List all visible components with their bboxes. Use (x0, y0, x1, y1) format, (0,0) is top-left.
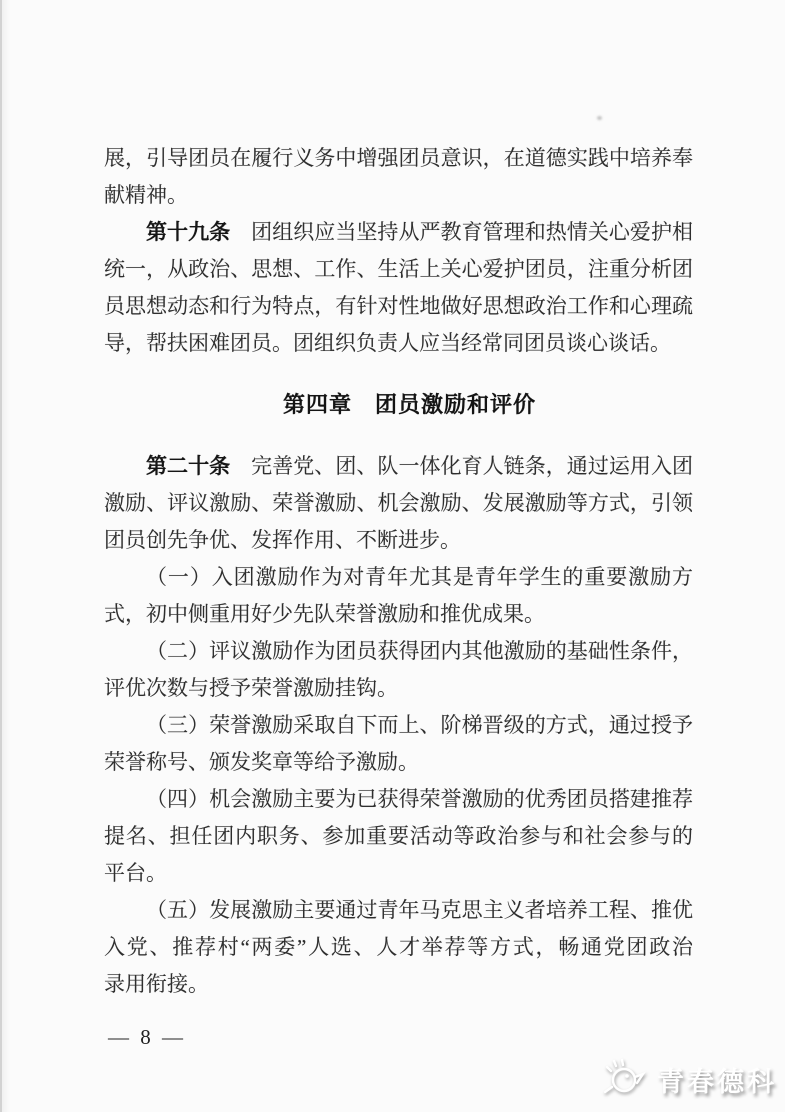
article-19-line: 第十九条团组织应当坚持从严教育管理和热情关心爱护相 (104, 214, 693, 251)
article-20-line: 第二十条完善党、团、队一体化育人链条，通过运用入团 (104, 448, 693, 485)
body-line: 统一，从政治、思想、工作、生活上关心爱护团员，注重分析团 (104, 251, 693, 288)
body-line: 评优次数与授予荣誉激励挂钩。 (104, 670, 693, 707)
watermark-label: 青春德科 (657, 1060, 777, 1099)
article-20-text: 完善党、团、队一体化育人链条，通过运用入团 (251, 454, 693, 478)
document-body: 展，引导团员在履行义务中增强团员意识，在道德实践中培养奉 献精神。 第十九条团组… (104, 140, 693, 1003)
list-item-1-line: （一）入团激励作为对青年尤其是青年学生的重要激励方 (104, 559, 693, 596)
body-line: 团员创先争优、发挥作用、不断进步。 (104, 522, 693, 559)
body-line: 入党、推荐村“两委”人选、人才举荐等方式，畅通党团政治 (104, 929, 693, 966)
list-item-5-line: （五）发展激励主要通过青年马克思主义者培养工程、推优 (104, 892, 693, 929)
body-line: 激励、评议激励、荣誉激励、机会激励、发展激励等方式，引领 (104, 485, 693, 522)
chapter-heading: 第四章 团员激励和评价 (104, 386, 693, 424)
body-line: 录用衔接。 (104, 966, 693, 1003)
list-item-3-line: （三）荣誉激励采取自下而上、阶梯晋级的方式，通过授予 (104, 707, 693, 744)
scan-speck (597, 116, 602, 120)
body-line: 荣誉称号、颁发奖章等给予激励。 (104, 744, 693, 781)
scanned-document-page: 展，引导团员在履行义务中增强团员意识，在道德实践中培养奉 献精神。 第十九条团组… (0, 0, 785, 1112)
page-number: — 8 — (108, 1020, 186, 1054)
list-item-2-line: （二）评议激励作为团员获得团内其他激励的基础性条件， (104, 633, 693, 670)
body-line: 献精神。 (104, 177, 693, 214)
list-item-4-line: （四）机会激励主要为已获得荣誉激励的优秀团员搭建推荐 (104, 781, 693, 818)
article-19-text: 团组织应当坚持从严教育管理和热情关心爱护相 (251, 220, 693, 244)
body-line: 提名、担任团内职务、参加重要活动等政治参与和社会参与的 (104, 818, 693, 855)
body-line: 平台。 (104, 855, 693, 892)
bird-sketch-icon (602, 1057, 648, 1102)
watermark: 青春德科 (602, 1057, 777, 1102)
body-line: 员思想动态和行为特点，有针对性地做好思想政治工作和心理疏 (104, 288, 693, 325)
body-line: 式，初中侧重用好少先队荣誉激励和推优成果。 (104, 596, 693, 633)
article-19-number: 第十九条 (146, 221, 230, 244)
body-line: 展，引导团员在履行义务中增强团员意识，在道德实践中培养奉 (104, 140, 693, 177)
article-20-number: 第二十条 (146, 455, 230, 478)
scan-edge-shadow (2, 0, 10, 1112)
body-line: 导，帮扶困难团员。团组织负责人应当经常同团员谈心谈话。 (104, 325, 693, 362)
